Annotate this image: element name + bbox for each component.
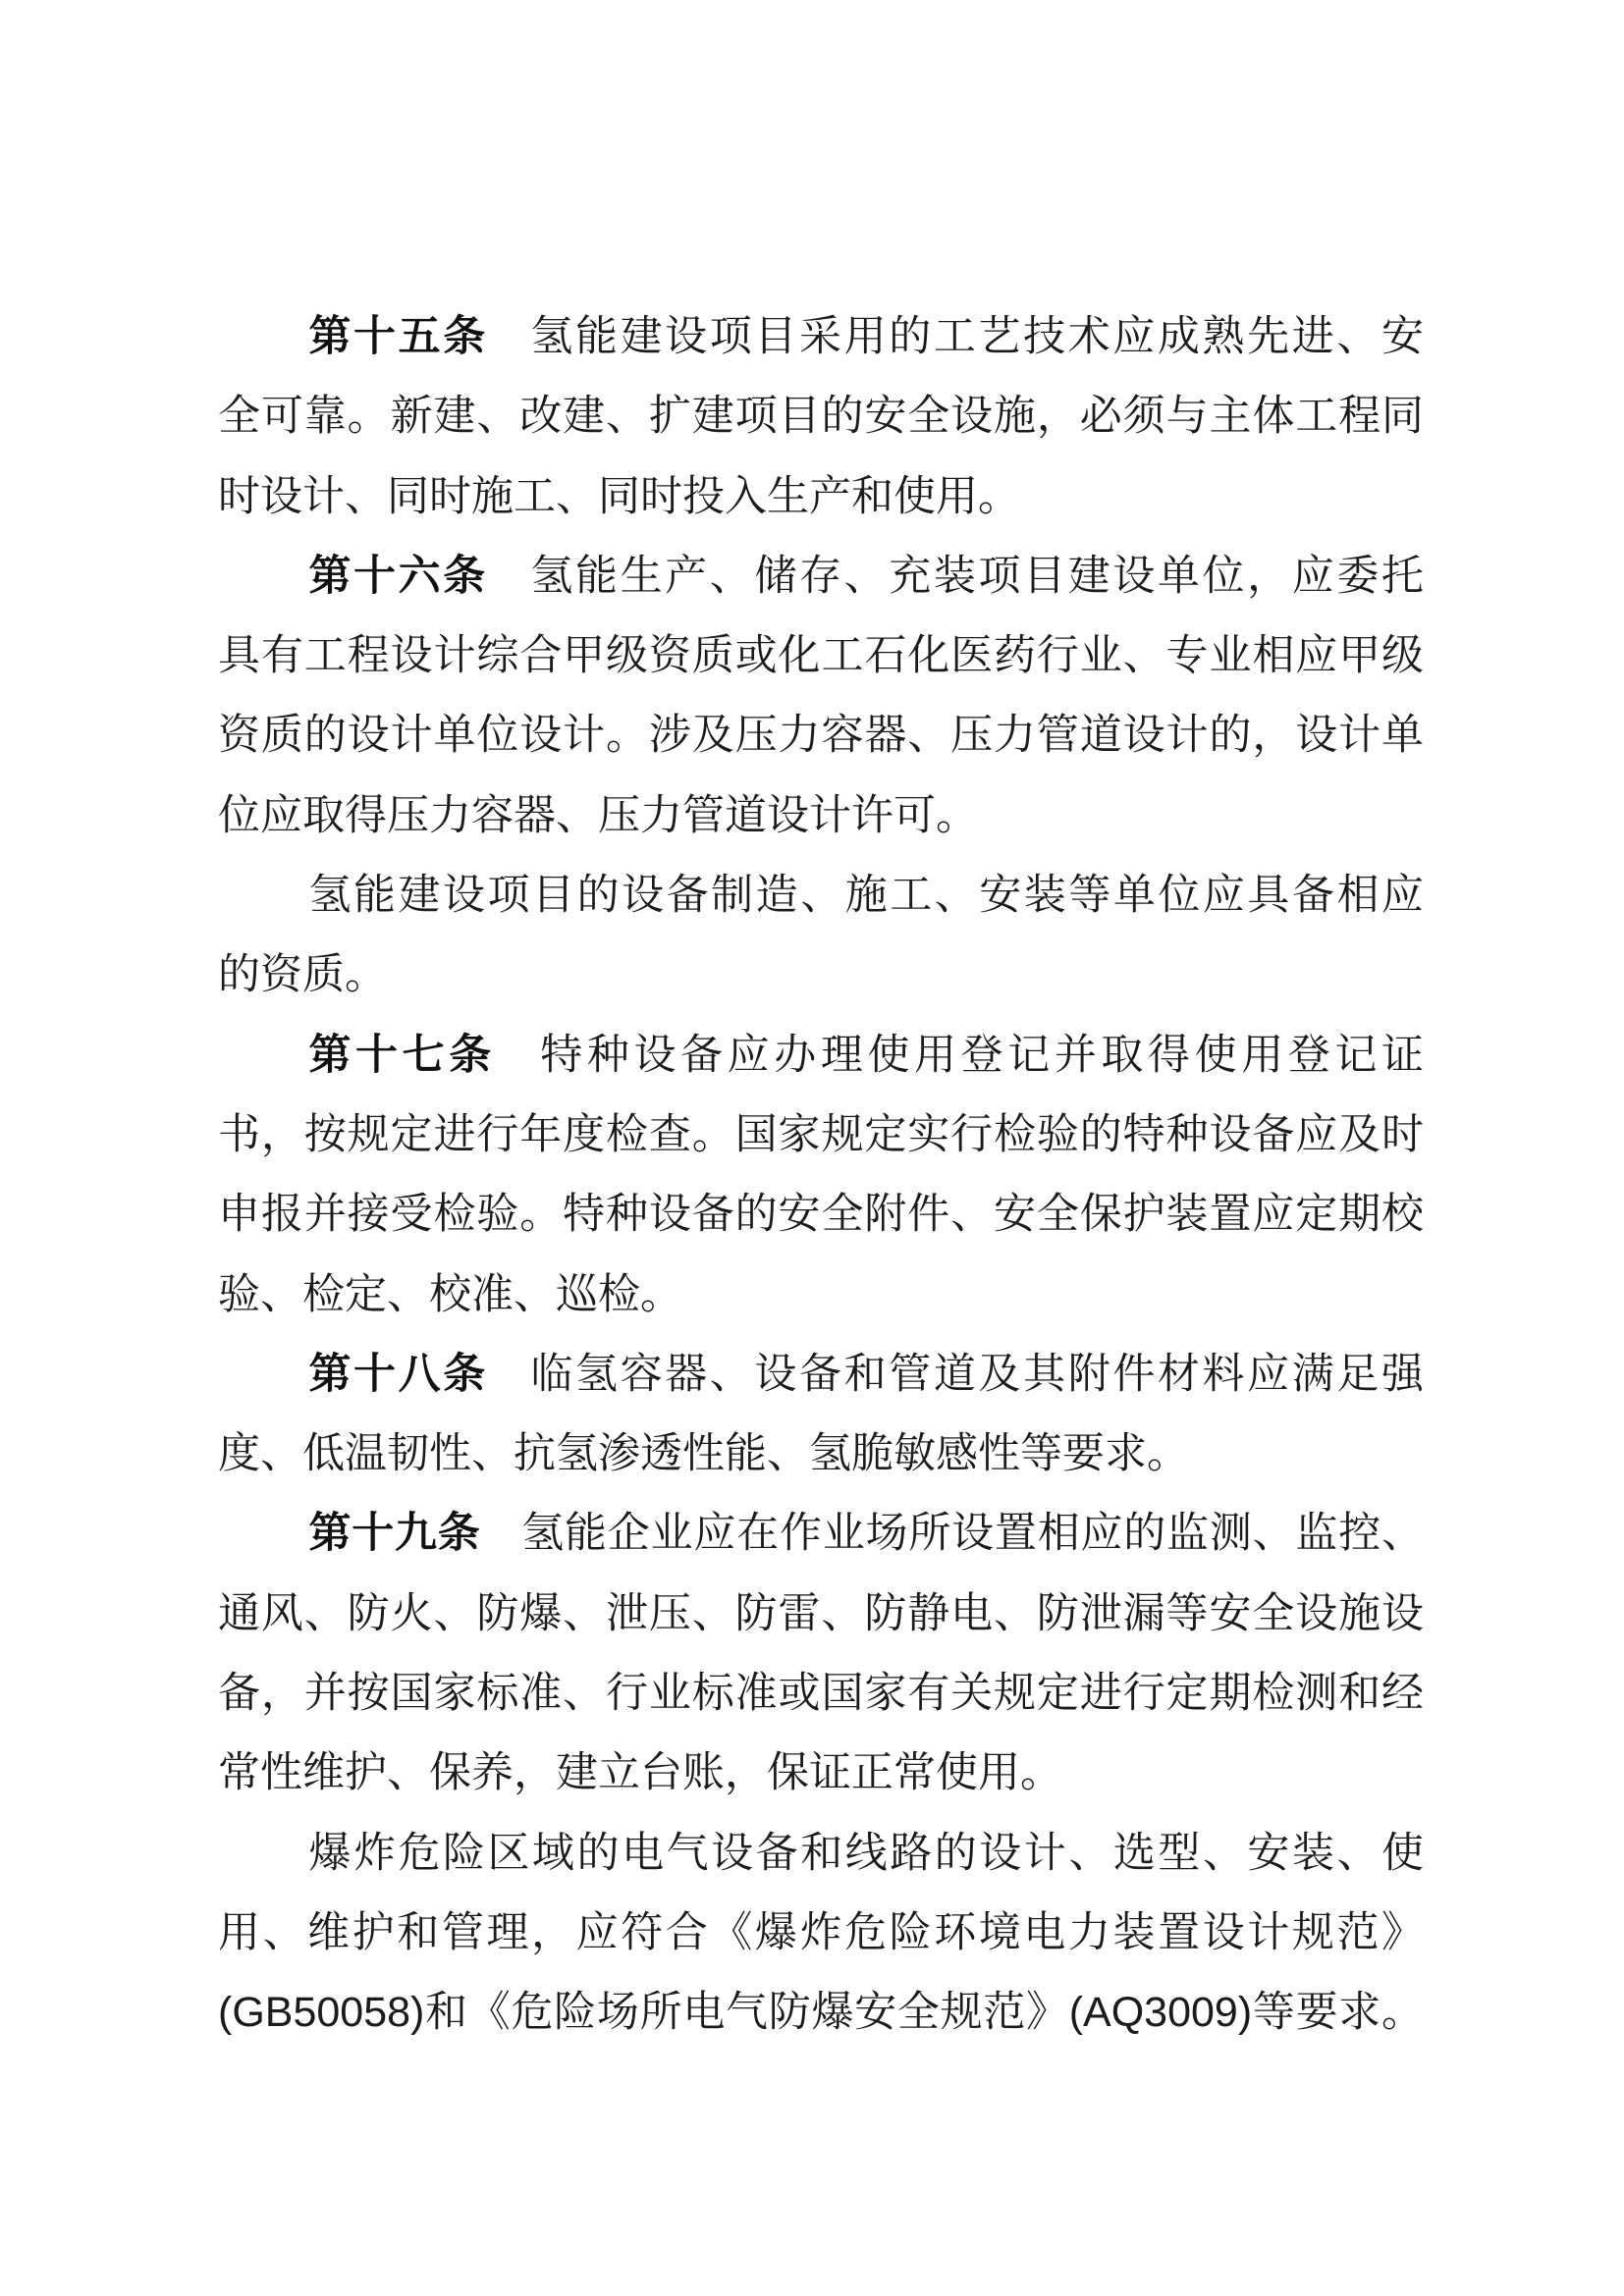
text-line: 备，并按国家标准、行业标准或国家有关规定进行定期检测和经 (218, 1654, 1424, 1734)
text-line: 氢能建设项目的设备制造、施工、安装等单位应具备相应 (218, 856, 1424, 935)
text-line: 第十八条临氢容器、设备和管道及其附件材料应满足强 (218, 1335, 1424, 1415)
article-number: 第十八条 (308, 1351, 487, 1398)
line-text: 备，并按国家标准、行业标准或国家有关规定进行定期检测和经 (218, 1670, 1424, 1717)
document-body: 第十五条氢能建设项目采用的工艺技术应成熟先进、安全可靠。新建、改建、扩建项目的安… (218, 297, 1424, 2054)
line-text: 特种设备应办理使用登记并取得使用登记证 (536, 1032, 1424, 1079)
text-line: 爆炸危险区域的电气设备和线路的设计、选型、安装、使 (218, 1814, 1424, 1894)
line-text: 氢能建设项目采用的工艺技术应成熟先进、安 (528, 313, 1424, 360)
text-line: 申报并接受检验。特种设备的安全附件、安全保护装置应定期校 (218, 1175, 1424, 1255)
text-line: 验、检定、校准、巡检。 (218, 1255, 1424, 1335)
line-text: 用、维护和管理，应符合《爆炸危险环境电力装置设计规范》 (218, 1909, 1424, 1956)
text-line: 用、维护和管理，应符合《爆炸危险环境电力装置设计规范》 (218, 1894, 1424, 1973)
text-line: 第十九条氢能企业应在作业场所设置相应的监测、监控、 (218, 1494, 1424, 1574)
line-text: 全可靠。新建、改建、扩建项目的安全设施，必须与主体工程同 (218, 393, 1424, 440)
line-text: 氢能企业应在作业场所设置相应的监测、监控、 (520, 1510, 1424, 1557)
text-line: 具有工程设计综合甲级资质或化工石化医药行业、专业相应甲级 (218, 616, 1424, 696)
article-number: 第十七条 (308, 1032, 495, 1079)
line-text: 申报并接受检验。特种设备的安全附件、安全保护装置应定期校 (218, 1191, 1424, 1238)
text-line: 度、低温韧性、抗氢渗透性能、氢脆敏感性等要求。 (218, 1415, 1424, 1494)
line-text: 资质的设计单位设计。涉及压力容器、压力管道设计的，设计单 (218, 712, 1424, 759)
line-text: 度、低温韧性、抗氢渗透性能、氢脆敏感性等要求。 (218, 1430, 1189, 1477)
line-text: 常性维护、保养，建立台账，保证正常使用。 (218, 1749, 1062, 1796)
text-line: 第十七条特种设备应办理使用登记并取得使用登记证 (218, 1016, 1424, 1095)
line-text: 书，按规定进行年度检查。国家规定实行检验的特种设备应及时 (218, 1111, 1424, 1158)
text-line: 全可靠。新建、改建、扩建项目的安全设施，必须与主体工程同 (218, 377, 1424, 456)
line-text: (GB50058)和《危险场所电气防爆安全规范》(AQ3009)等要求。 (218, 1989, 1424, 2036)
line-text: 的资质。 (218, 951, 387, 998)
line-text: 验、检定、校准、巡检。 (218, 1271, 682, 1318)
text-line: 通风、防火、防爆、泄压、防雷、防静电、防泄漏等安全设施设 (218, 1575, 1424, 1654)
text-line: 常性维护、保养，建立台账，保证正常使用。 (218, 1734, 1424, 1813)
text-line: 第十六条氢能生产、储存、充装项目建设单位，应委托 (218, 537, 1424, 616)
line-text: 位应取得压力容器、压力管道设计许可。 (218, 792, 978, 839)
article-number: 第十五条 (308, 313, 487, 360)
text-line: 书，按规定进行年度检查。国家规定实行检验的特种设备应及时 (218, 1095, 1424, 1175)
text-line: (GB50058)和《危险场所电气防爆安全规范》(AQ3009)等要求。 (218, 1973, 1424, 2053)
text-line: 的资质。 (218, 935, 1424, 1015)
article-number: 第十六条 (308, 553, 487, 600)
article-number: 第十九条 (308, 1510, 480, 1557)
text-line: 位应取得压力容器、压力管道设计许可。 (218, 776, 1424, 856)
text-line: 时设计、同时施工、同时投入生产和使用。 (218, 457, 1424, 537)
line-text: 氢能生产、储存、充装项目建设单位，应委托 (528, 553, 1424, 600)
line-text: 氢能建设项目的设备制造、施工、安装等单位应具备相应 (308, 872, 1424, 919)
document-page: 第十五条氢能建设项目采用的工艺技术应成熟先进、安全可靠。新建、改建、扩建项目的安… (0, 0, 1624, 2296)
line-text: 爆炸危险区域的电气设备和线路的设计、选型、安装、使 (308, 1830, 1424, 1877)
line-text: 临氢容器、设备和管道及其附件材料应满足强 (528, 1351, 1424, 1398)
line-text: 时设计、同时施工、同时投入生产和使用。 (218, 473, 1020, 520)
line-text: 具有工程设计综合甲级资质或化工石化医药行业、专业相应甲级 (218, 632, 1424, 679)
text-line: 第十五条氢能建设项目采用的工艺技术应成熟先进、安 (218, 297, 1424, 377)
line-text: 通风、防火、防爆、泄压、防雷、防静电、防泄漏等安全设施设 (218, 1590, 1424, 1637)
text-line: 资质的设计单位设计。涉及压力容器、压力管道设计的，设计单 (218, 696, 1424, 775)
